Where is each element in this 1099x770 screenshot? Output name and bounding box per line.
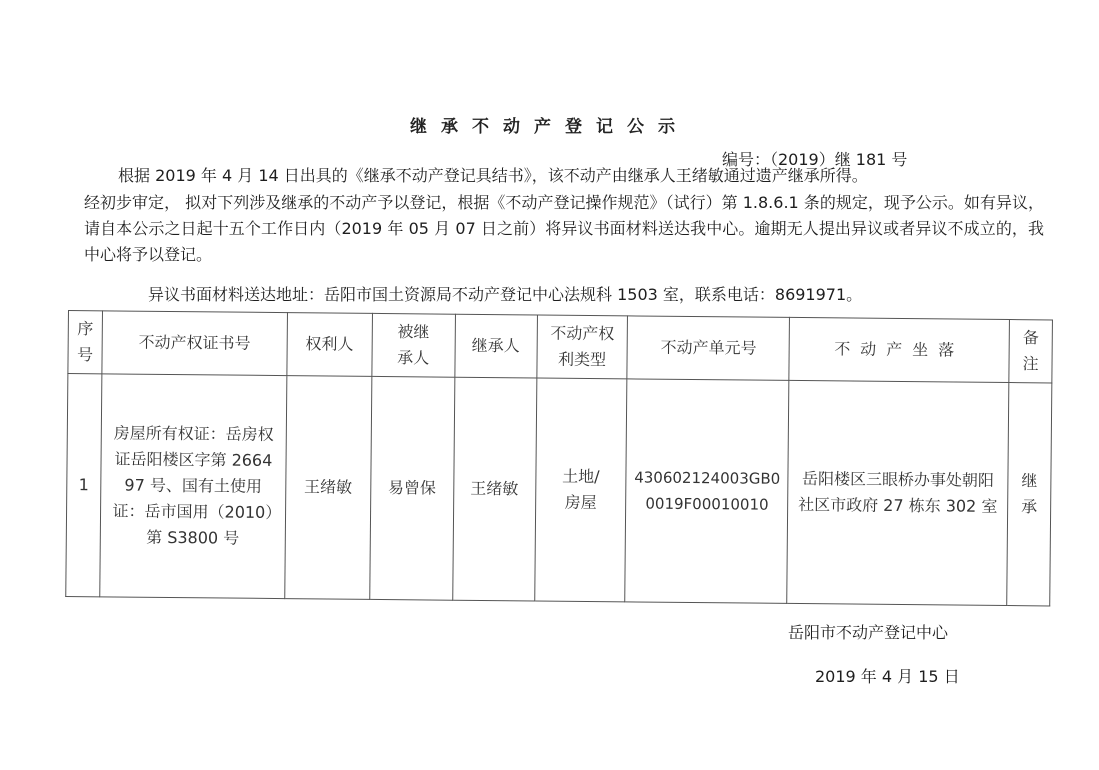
page-title: 继承不动产登记公示 — [0, 112, 1099, 137]
header-decedent: 被继承人 — [372, 313, 456, 377]
cell-index: 1 — [66, 374, 102, 597]
paragraph-notice: 经初步审定， 拟对下列涉及继承的不动产予以登记，根据《不动产登记操作规范》（试行… — [84, 190, 1044, 268]
cell-location: 岳阳楼区三眼桥办事处朝阳社区市政府 27 栋东 302 室 — [787, 380, 1009, 605]
cell-decedent: 易曾保 — [369, 376, 454, 600]
cell-right-holder: 王绪敏 — [285, 376, 372, 600]
header-remark: 备注 — [1009, 320, 1053, 383]
header-heir: 继承人 — [454, 314, 537, 378]
paragraph-address: 异议书面材料送达地址：岳阳市国土资源局不动产登记中心法规科 1503 室，联系电… — [148, 282, 862, 308]
cell-right-type: 土地/房屋 — [534, 378, 627, 602]
header-right-holder: 权利人 — [287, 313, 372, 377]
header-right-type: 不动产权利类型 — [536, 315, 628, 379]
cell-heir: 王绪敏 — [452, 377, 536, 601]
cell-certificate-no: 房屋所有权证：岳房权证岳阳楼区字第 266497 号、国有土使用证：岳市国用（2… — [100, 374, 287, 599]
table-row: 1 房屋所有权证：岳房权证岳阳楼区字第 266497 号、国有土使用证：岳市国用… — [66, 374, 1052, 606]
cell-unit-no: 430602124003GB00019F00010010 — [625, 379, 789, 604]
issue-date: 2019 年 4 月 15 日 — [815, 664, 960, 687]
cell-remark: 继承 — [1007, 383, 1052, 606]
header-index: 序号 — [68, 311, 103, 374]
header-location: 不动产坐落 — [789, 317, 1009, 382]
table-header-row: 序号 不动产权证书号 权利人 被继承人 继承人 不动产权利类型 不动产单元号 不… — [68, 311, 1053, 383]
header-unit-no: 不动产单元号 — [627, 316, 789, 381]
paragraph-intro: 根据 2019 年 4 月 14 日出具的《继承不动产登记具结书》，该不动产由继… — [118, 163, 868, 189]
header-certificate-no: 不动产权证书号 — [102, 311, 287, 376]
registration-table: 序号 不动产权证书号 权利人 被继承人 继承人 不动产权利类型 不动产单元号 不… — [65, 310, 1053, 606]
issuer-name: 岳阳市不动产登记中心 — [788, 620, 948, 643]
